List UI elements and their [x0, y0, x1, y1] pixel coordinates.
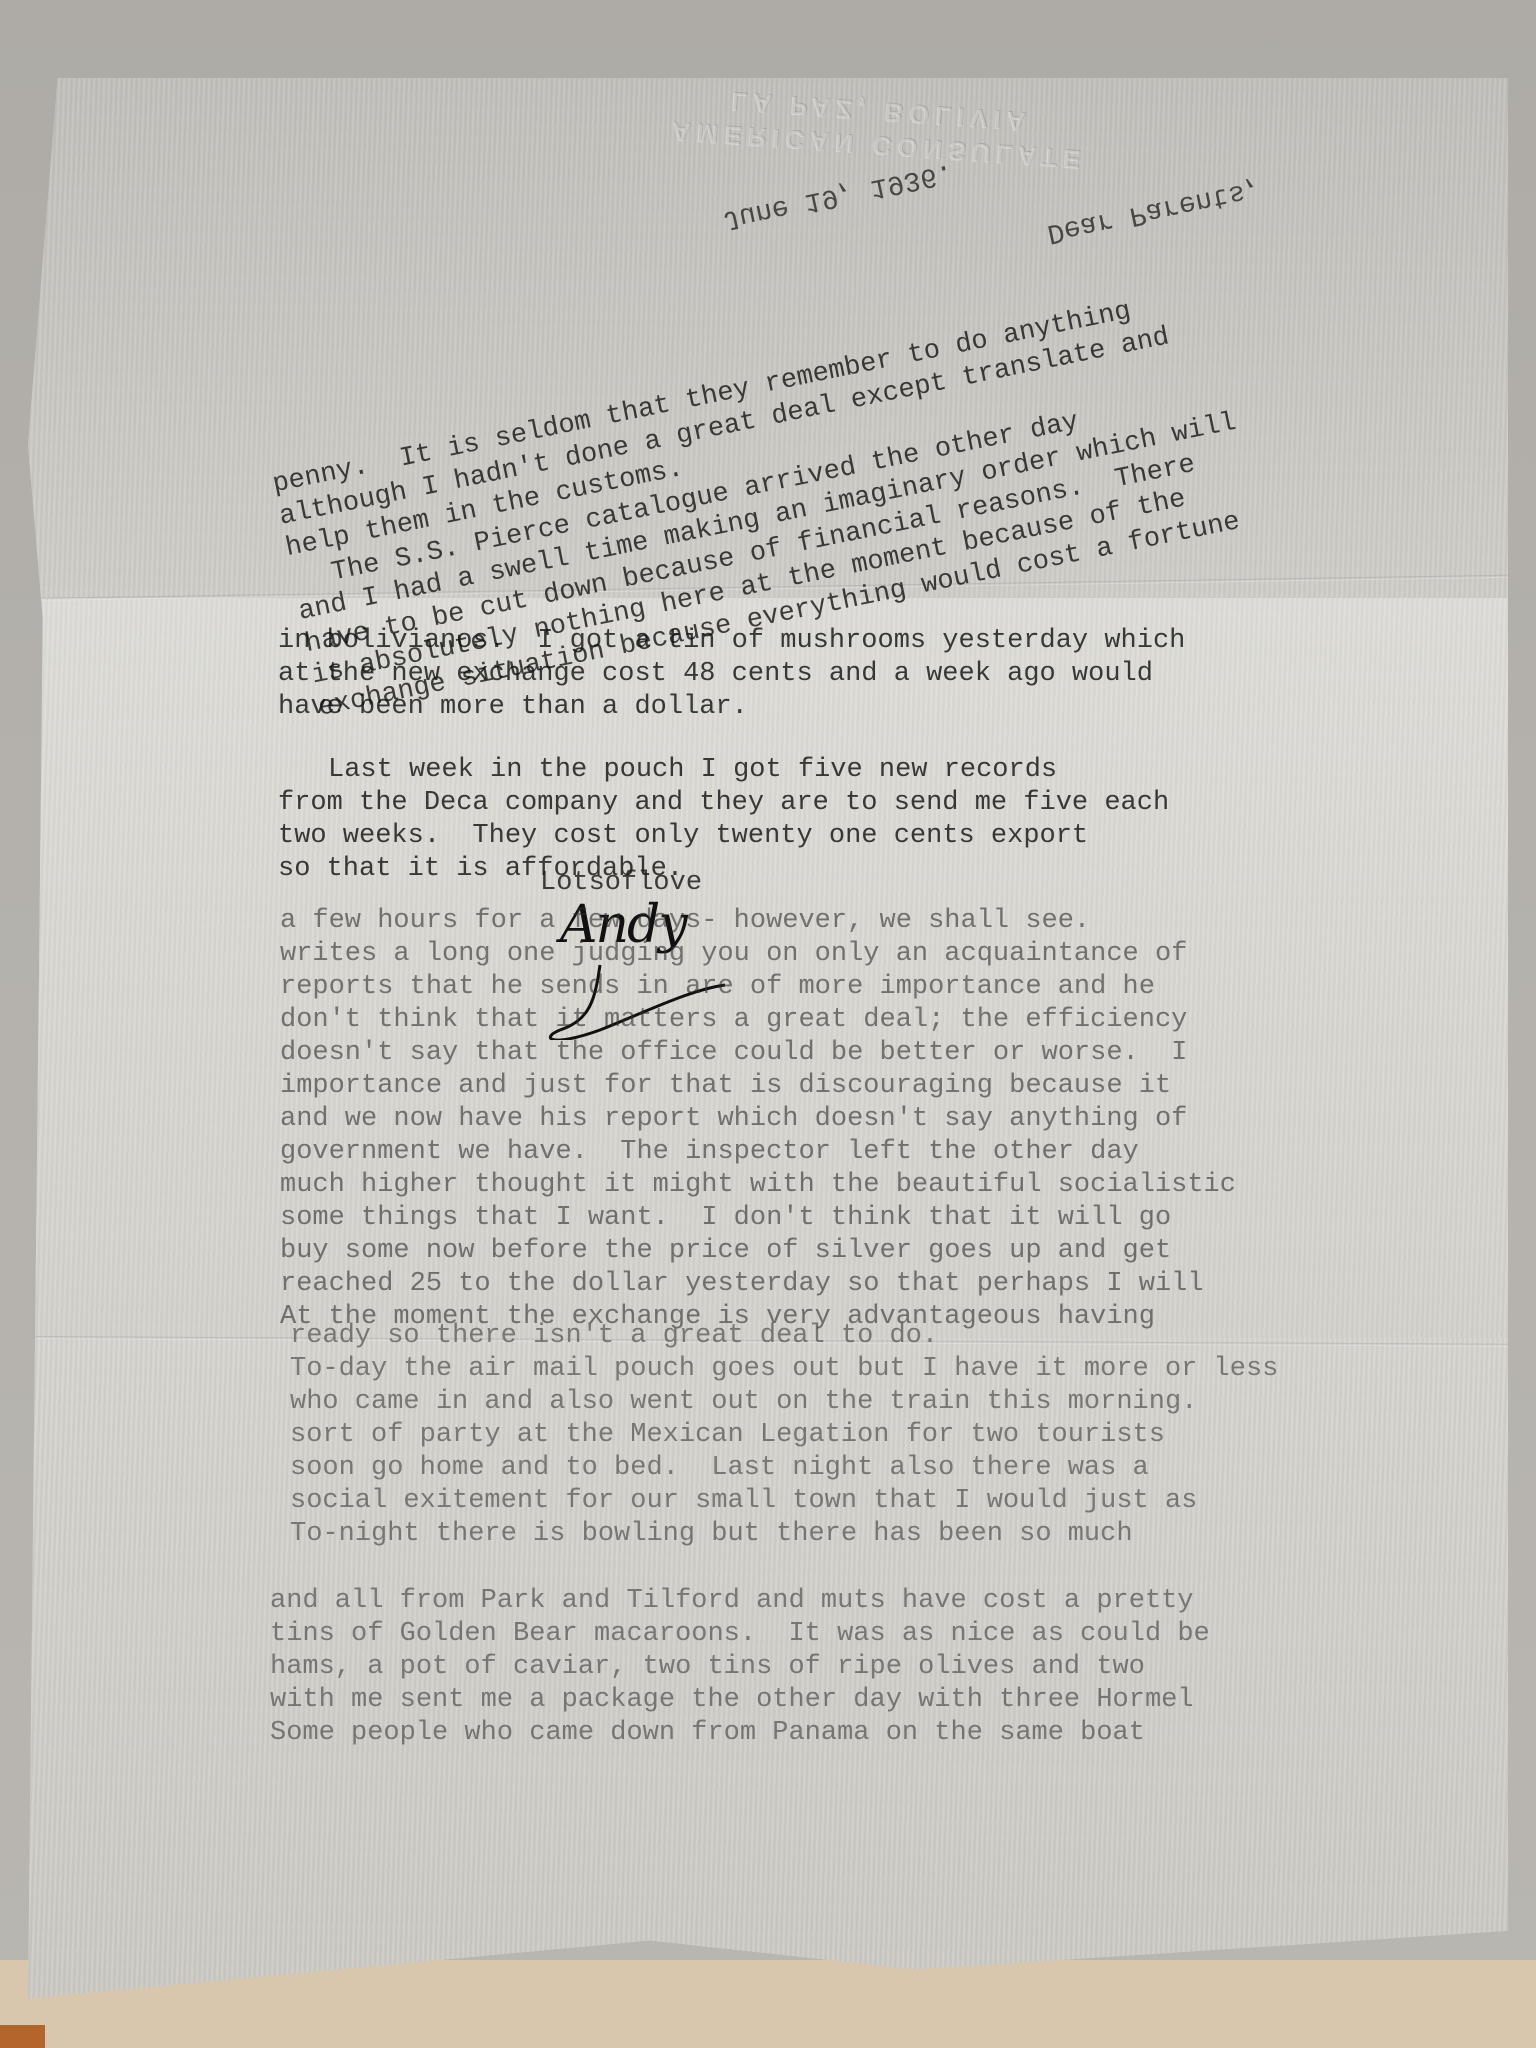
body-line: have been more than a dollar.: [278, 691, 1358, 724]
bleed-line: reports that he sends in are of more imp…: [280, 971, 1360, 1004]
bleed-through-paragraph-3: and all from Park and Tilford and muts h…: [270, 1585, 1380, 1750]
bleed-line: sort of party at the Mexican Legation fo…: [290, 1419, 1370, 1452]
bleed-line: and all from Park and Tilford and muts h…: [270, 1585, 1380, 1618]
bleed-line: a few hours for a few days- however, we …: [280, 905, 1360, 938]
bleed-line: writes a long one judging you on only an…: [280, 938, 1360, 971]
bleed-line: hams, a pot of caviar, two tins of ripe …: [270, 1651, 1380, 1684]
bleed-line: doesn't say that the office could be bet…: [280, 1037, 1360, 1070]
bleed-line: buy some now before the price of silver …: [280, 1235, 1360, 1268]
body-line: at the new exchange cost 48 cents and a …: [278, 658, 1358, 691]
letter-body-lower: in bolivianos. I got a tin of mushrooms …: [278, 625, 1358, 886]
bleed-line: reached 25 to the dollar yesterday so th…: [280, 1268, 1360, 1301]
bleed-line: Some people who came down from Panama on…: [270, 1717, 1380, 1750]
bleed-line: To-night there is bowling but there has …: [290, 1518, 1370, 1551]
body-line: so that it is affordable.: [278, 853, 1358, 886]
body-line: two weeks. They cost only twenty one cen…: [278, 820, 1358, 853]
body-line: Last week in the pouch I got five new re…: [278, 754, 1358, 787]
bleed-line: importance and just for that is discoura…: [280, 1070, 1360, 1103]
bleed-line: with me sent me a package the other day …: [270, 1684, 1380, 1717]
bleed-line: tins of Golden Bear macaroons. It was as…: [270, 1618, 1380, 1651]
bleed-line: don't think that it matters a great deal…: [280, 1004, 1360, 1037]
bleed-line: who came in and also went out on the tra…: [290, 1386, 1370, 1419]
body-line: from the Deca company and they are to se…: [278, 787, 1358, 820]
bleed-wrap: a few hours for a few days- however, we …: [280, 905, 1360, 1334]
bleed-wrap: ready so there isn't a great deal to do.…: [290, 1320, 1370, 1551]
bleed-line: ready so there isn't a great deal to do.: [290, 1320, 1370, 1353]
bleed-through-paragraph-1: a few hours for a few days- however, we …: [280, 905, 1360, 1334]
bleed-line: government we have. The inspector left t…: [280, 1136, 1360, 1169]
letter-closing: Lotsoflove: [540, 868, 702, 898]
bleed-through-paragraph-2: ready so there isn't a great deal to do.…: [290, 1320, 1370, 1551]
bleed-line: and we now have his report which doesn't…: [280, 1103, 1360, 1136]
bleed-wrap: and all from Park and Tilford and muts h…: [270, 1585, 1380, 1750]
body-line: in bolivianos. I got a tin of mushrooms …: [278, 625, 1358, 658]
bleed-line: some things that I want. I don't think t…: [280, 1202, 1360, 1235]
bleed-line: To-day the air mail pouch goes out but I…: [290, 1353, 1370, 1386]
bleed-line: social exitement for our small town that…: [290, 1485, 1370, 1518]
bleed-line: soon go home and to bed. Last night also…: [290, 1452, 1370, 1485]
bleed-line: much higher thought it might with the be…: [280, 1169, 1360, 1202]
table-edge: [0, 2025, 45, 2048]
